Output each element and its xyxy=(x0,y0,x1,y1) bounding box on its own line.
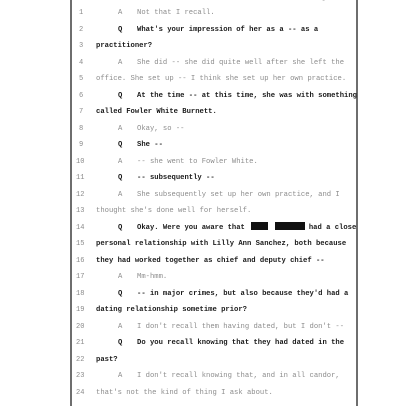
transcript-line: 16 they had worked together as chief and… xyxy=(72,254,356,268)
line-text-before-redaction: Okay. Were you aware that xyxy=(137,224,245,232)
speaker-label: A xyxy=(118,320,122,334)
line-text: dating relationship sometime prior? xyxy=(96,303,247,317)
transcript-line: 8 A Okay, so -- xyxy=(72,122,356,136)
line-number: 11 xyxy=(76,171,84,185)
transcript-line: 10 A -- she went to Fowler White. xyxy=(72,155,356,169)
transcript-page: Page 127 1 A Not that I recall. 2 Q What… xyxy=(70,0,358,400)
line-text: office. She set up -- I think she set up… xyxy=(96,72,346,86)
line-text-after-redaction: had a close xyxy=(309,224,356,232)
line-number: 19 xyxy=(76,303,84,317)
speaker-label: Q xyxy=(118,171,122,185)
line-number: 1 xyxy=(79,6,83,20)
transcript-line: 11 Q -- subsequently -- xyxy=(72,171,356,185)
line-text: I don't recall knowing that, and in all … xyxy=(137,369,340,383)
line-number: 5 xyxy=(79,72,83,86)
transcript-line: 17 A Mm-hmm. xyxy=(72,270,356,284)
line-text: practitioner? xyxy=(96,39,152,53)
line-number: 10 xyxy=(76,155,84,169)
transcript-line: 19 dating relationship sometime prior? xyxy=(72,303,356,317)
speaker-label: A xyxy=(118,56,122,70)
line-text: I don't recall them having dated, but I … xyxy=(137,320,344,334)
line-text: Okay, so -- xyxy=(137,122,184,136)
transcript-line: 14 Q Okay. Were you aware that had a clo… xyxy=(72,221,356,235)
speaker-label: Q xyxy=(118,336,122,350)
transcript-line: 12 A She subsequently set up her own pra… xyxy=(72,188,356,202)
line-text: personal relationship with Lilly Ann San… xyxy=(96,237,346,251)
transcript-line: 4 A She did -- she did quite well after … xyxy=(72,56,356,70)
line-text: Okay. Were you aware that had a close xyxy=(137,221,356,235)
line-number: 3 xyxy=(79,39,83,53)
line-text: She -- xyxy=(137,138,163,152)
speaker-label: Q xyxy=(118,221,122,235)
line-number: 9 xyxy=(79,138,83,152)
speaker-label: Q xyxy=(118,23,122,37)
transcript-line: 20 A I don't recall them having dated, b… xyxy=(72,320,356,334)
transcript-line: 3 practitioner? xyxy=(72,39,356,53)
speaker-label: A xyxy=(118,188,122,202)
transcript-line: 21 Q Do you recall knowing that they had… xyxy=(72,336,356,350)
line-number: 20 xyxy=(76,320,84,334)
transcript-line: 22 past? xyxy=(72,353,356,367)
speaker-label: Q xyxy=(118,287,122,301)
speaker-label: A xyxy=(118,155,122,169)
speaker-label: A xyxy=(118,369,122,383)
line-number: 21 xyxy=(76,336,84,350)
speaker-label: A xyxy=(118,122,122,136)
line-text: they had worked together as chief and de… xyxy=(96,254,325,268)
line-number: 8 xyxy=(79,122,83,136)
line-text: Do you recall knowing that they had date… xyxy=(137,336,344,350)
transcript-line: 7 called Fowler White Burnett. xyxy=(72,105,356,119)
transcript-line: 23 A I don't recall knowing that, and in… xyxy=(72,369,356,383)
transcript-line: 18 Q -- in major crimes, but also becaus… xyxy=(72,287,356,301)
speaker-label: Q xyxy=(118,89,122,103)
transcript-line: 1 A Not that I recall. xyxy=(72,6,356,20)
redaction-box xyxy=(251,222,268,230)
line-number: 14 xyxy=(76,221,84,235)
line-number: 13 xyxy=(76,204,84,218)
line-text: She subsequently set up her own practice… xyxy=(137,188,340,202)
line-number: 16 xyxy=(76,254,84,268)
line-text: -- she went to Fowler White. xyxy=(137,155,258,169)
line-text: -- in major crimes, but also because the… xyxy=(137,287,348,301)
line-text: past? xyxy=(96,353,118,367)
line-text: Not that I recall. xyxy=(137,6,215,20)
line-text: that's not the kind of thing I ask about… xyxy=(96,386,273,400)
transcript-line: 6 Q At the time -- at this time, she was… xyxy=(72,89,356,103)
transcript-line: 24 that's not the kind of thing I ask ab… xyxy=(72,386,356,400)
line-number: 24 xyxy=(76,386,84,400)
line-number: 15 xyxy=(76,237,84,251)
line-number: 23 xyxy=(76,369,84,383)
line-text: called Fowler White Burnett. xyxy=(96,105,217,119)
line-text: Mm-hmm. xyxy=(137,270,167,284)
line-number: 7 xyxy=(79,105,83,119)
line-number: 6 xyxy=(79,89,83,103)
transcript-line: 9 Q She -- xyxy=(72,138,356,152)
line-number: 4 xyxy=(79,56,83,70)
page-number-label: Page 127 xyxy=(312,0,350,2)
transcript-line: 15 personal relationship with Lilly Ann … xyxy=(72,237,356,251)
line-text: What's your impression of her as a -- as… xyxy=(137,23,318,37)
line-number: 18 xyxy=(76,287,84,301)
redaction-box xyxy=(275,222,305,230)
line-text: thought she's done well for herself. xyxy=(96,204,251,218)
line-number: 22 xyxy=(76,353,84,367)
line-number: 2 xyxy=(79,23,83,37)
line-number: 12 xyxy=(76,188,84,202)
line-text: -- subsequently -- xyxy=(137,171,215,185)
line-text: At the time -- at this time, she was wit… xyxy=(137,89,357,103)
line-text: She did -- she did quite well after she … xyxy=(137,56,344,70)
line-number: 17 xyxy=(76,270,84,284)
transcript-line: 13 thought she's done well for herself. xyxy=(72,204,356,218)
transcript-line: 5 office. She set up -- I think she set … xyxy=(72,72,356,86)
speaker-label: Q xyxy=(118,138,122,152)
speaker-label: A xyxy=(118,270,122,284)
speaker-label: A xyxy=(118,6,122,20)
transcript-line: 2 Q What's your impression of her as a -… xyxy=(72,23,356,37)
